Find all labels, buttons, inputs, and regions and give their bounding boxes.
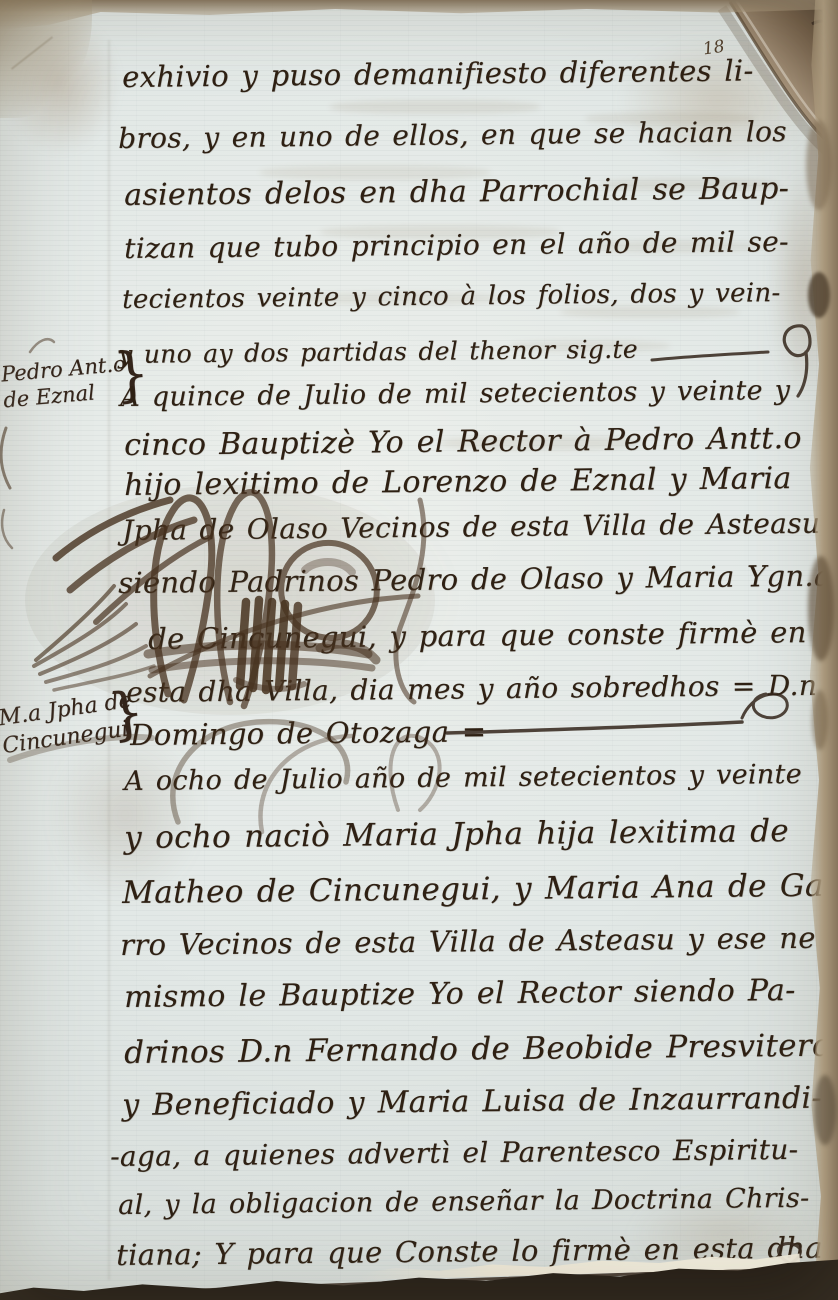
manuscript-line: hijo lexitimo de Lorenzo de Eznal y Mari… [124,461,792,503]
manuscript-line: esta dha Villa, dia mes y año sobredhos … [126,669,817,709]
manuscript-line: drinos D.n Fernando de Beobide Presviter… [124,1028,831,1071]
margin-note-second-entry: M.a Jpha de Cincunegui } [0,687,137,760]
manuscript-line: Jpha de Olaso Vecinos de esta Villa de A… [122,507,820,547]
stain [0,14,120,154]
manuscript-line: mismo le Bauptize Yo el Rector siendo Pa… [124,973,796,1015]
manuscript-line: tecientos veinte y cinco à los folios, d… [122,278,781,315]
manuscript-line: de Cincunegui, y para que conste firmè e… [148,615,807,656]
manuscript-line: y uno ay dos partidas del thenor sig.te [118,335,638,369]
manuscript-line: al, y la obligacion de enseñar la Doctri… [118,1183,810,1221]
edge-blot [808,272,830,318]
manuscript-line: rro Vecinos de esta Villa de Asteasu y e… [120,921,816,962]
paper-crease [11,36,53,70]
bleedthrough-ghost [330,100,540,114]
manuscript-page: 18 Pedro Ant.o de Eznal } M.a Jpha de Ci… [0,0,838,1300]
page-edge-top [0,0,838,30]
manuscript-line: -aga, a quienes advertì el Parentesco Es… [110,1133,799,1173]
manuscript-line: asientos delos en dha Parrochial se Baup… [124,171,789,213]
manuscript-line: A ocho de Julio año de mil setecientos y… [124,759,802,797]
manuscript-line: cinco Bauptizè Yo el Rector à Pedro Antt… [124,421,802,463]
manuscript-line: Matheo de Cincunegui, y Maria Ana de Gar… [122,867,838,911]
manuscript-line: A quince de Julio de mil setecientos y v… [120,375,790,413]
manuscript-line: tiana; Y para que Conste lo firmè en est… [116,1231,823,1272]
manuscript-line: tizan que tubo principio en el año de mi… [124,225,789,265]
manuscript-line: bros, y en uno de ellos, en que se hacia… [118,115,787,155]
manuscript-line: siendo Padrinos Pedro de Olaso y Maria Y… [118,559,832,600]
manuscript-line: exhivio y puso demanifiesto diferentes l… [122,53,754,94]
manuscript-line: Domingo de Otozaga = [130,714,487,752]
margin-note-first-entry: Pedro Ant.o de Eznal } [0,351,129,414]
edge-blot [806,120,832,210]
manuscript-line: y ocho naciò Maria Jpha hija lexitima de [124,813,789,856]
manuscript-line: y Beneficiado y Maria Luisa de Inzaurran… [122,1081,822,1123]
page-corner-top-left [0,0,92,118]
paper-crease [108,40,110,1280]
